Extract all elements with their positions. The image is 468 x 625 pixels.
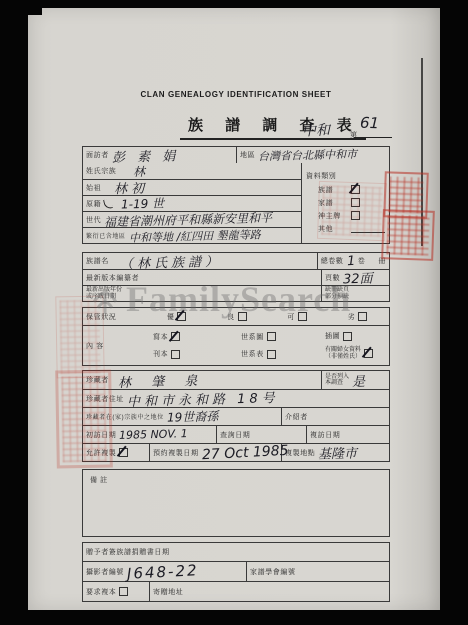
contents-label-cell: 內 容 <box>83 326 145 365</box>
section-notes: 備 註 <box>82 469 390 537</box>
row-copy-request: 要求複本 寄贈地址 <box>83 581 389 601</box>
notes-box: 備 註 <box>83 470 389 536</box>
inquiry-date-cell: 查詢日期 <box>216 426 306 443</box>
copy-permission-label: 允許複製 <box>86 448 116 458</box>
option-clan-genealogy-label: 族譜 <box>318 185 348 195</box>
content-lineage-table: 世系表 <box>241 349 325 359</box>
spread-value: 中和等地 /紅四田 墾龍等路 <box>128 226 260 245</box>
data-category-box: 資料類別 族譜 家譜 神主牌 其他 <box>302 163 389 243</box>
inquiry-date-label: 查詢日期 <box>220 430 250 440</box>
editor-cell: 最新版本編纂者 <box>83 270 321 285</box>
illustrations-checkbox <box>343 332 352 341</box>
area-value: 台灣省台北縣中和市 <box>258 146 357 165</box>
section-book-info: 族譜名 （林氏族譜） 總卷數 1 卷 冊 最新版本編纂者 頁數 32面 <box>82 252 390 302</box>
contents-col3: 插圖 有關婦女資料 （非僅姓氏） <box>325 328 389 363</box>
holder-address-label: 珍藏者住址 <box>86 394 124 404</box>
family-genealogy-checkbox <box>351 198 360 207</box>
volumes-unit2: 冊 <box>378 256 386 266</box>
women-data-checkbox <box>364 349 373 358</box>
notes-cell: 備 註 <box>87 473 111 485</box>
content-illustrations: 插圖 <box>325 331 389 341</box>
mailing-address-label: 寄贈地址 <box>153 587 183 597</box>
listed-label: 是否列入 本調查 <box>325 374 349 387</box>
interviewer-label: 面訪者 <box>86 150 109 160</box>
document-page: CLAN GENEALOGY IDENTIFICATION SHEET 族 譜 … <box>28 8 440 610</box>
pubyear-label: 最新出版年份 或序跋日期 <box>86 287 122 300</box>
ancestral-tablet-checkbox <box>351 211 360 220</box>
option-ancestral-tablet: 神主牌 <box>306 209 385 222</box>
scan-viewport: CLAN GENEALOGY IDENTIFICATION SHEET 族 譜 … <box>0 0 468 625</box>
women-data-label: 有關婦女資料 （非僅姓氏） <box>325 347 361 360</box>
origin-label: 原籍 <box>86 199 101 209</box>
area-cell: 地區 台灣省台北縣中和市 <box>236 147 389 163</box>
volumes-cell: 總卷數 1 卷 冊 <box>317 253 389 269</box>
page-edge-shadow <box>421 58 423 246</box>
spread-label: 繁衍已含地區 <box>86 231 126 240</box>
holder-label: 珍藏者 <box>86 375 109 385</box>
volumes-label: 總卷數 <box>321 256 344 266</box>
region-handwritten: 中和 <box>302 120 331 141</box>
condition-good-checkbox <box>238 312 247 321</box>
basic-info-split: 姓氏宗族 林 始祖 林 初 原籍 1- <box>83 163 389 243</box>
copy-request-cell: 要求複本 <box>83 582 149 601</box>
holder-position-cell: 珍藏者在(家)宗族中之地位 19世裔孫 <box>83 408 281 425</box>
condition-fair-checkbox <box>298 312 307 321</box>
contents-col2: 世系圖 世系表 <box>241 328 325 363</box>
book-name-label: 族譜名 <box>86 256 109 266</box>
introducer-cell: 介紹者 <box>281 408 389 425</box>
introducer-label: 介紹者 <box>285 412 308 422</box>
first-visit-label: 初訪日期 <box>86 430 116 440</box>
holder-value: 林 肇 泉 <box>118 369 206 390</box>
option-family-genealogy: 家譜 <box>306 196 385 209</box>
option-ancestral-tablet-label: 神主牌 <box>318 211 348 221</box>
manuscript-checkbox <box>171 332 180 341</box>
donor-date-cell: 贈予者簽族譜捐贈書日期 <box>83 543 389 561</box>
copy-place-cell: 複製地點 基隆市 <box>281 444 389 461</box>
contents-options: 寫本 刊本 世系圖 世系表 <box>145 326 389 365</box>
option-other: 其他 <box>306 222 385 235</box>
origin-value: 1-19 世 <box>121 194 164 212</box>
copy-date-value: 27 Oct 1985 <box>201 442 288 463</box>
correction-arrow <box>103 198 113 209</box>
copy-request-label: 要求複本 <box>86 587 116 597</box>
option-clan-genealogy: 族譜 <box>306 183 385 196</box>
holder-address-value: 中和市永和路 18号 <box>127 387 279 410</box>
interviewer-value: 彭 素 娟 <box>112 145 180 166</box>
option-other-label: 其他 <box>318 224 348 234</box>
first-visit-value: 1985 NOV. 1 <box>119 427 188 442</box>
option-family-genealogy-label: 家譜 <box>318 198 348 208</box>
pubyear-cell: 最新出版年份 或序跋日期 <box>83 286 321 301</box>
copy-permission-cell: 允許複製 <box>83 444 149 461</box>
condition-fair: 可 <box>287 312 307 322</box>
holder-cell: 珍藏者 林 肇 泉 <box>83 371 321 389</box>
row-book-name: 族譜名 （林氏族譜） 總卷數 1 卷 冊 <box>83 253 389 269</box>
row-pubyear-missing: 最新出版年份 或序跋日期 缺冊缺頁 部分損缺 <box>83 285 389 301</box>
lineage-table-checkbox <box>267 350 276 359</box>
number-underline <box>354 137 392 138</box>
missing-cell: 缺冊缺頁 部分損缺 <box>321 286 389 301</box>
revisit-date-cell: 複訪日期 <box>306 426 389 443</box>
condition-poor: 劣 <box>348 312 368 322</box>
first-visit-cell: 初訪日期 1985 NOV. 1 <box>83 426 216 443</box>
photographer-number-value: J648-22 <box>127 561 199 583</box>
condition-good: 良 <box>227 312 247 322</box>
document-title-chinese: 族 譜 調 查 表 <box>180 114 366 140</box>
printed-checkbox <box>171 350 180 359</box>
listed-cell: 是否列入 本調查 是 <box>321 371 389 389</box>
basic-info-left-column: 姓氏宗族 林 始祖 林 初 原籍 1- <box>83 163 302 243</box>
surname-label: 姓氏宗族 <box>86 166 116 176</box>
condition-excellent-checkbox <box>177 312 186 321</box>
editor-label: 最新版本編纂者 <box>86 273 139 283</box>
area-label: 地區 <box>240 150 255 160</box>
lineage-chart-checkbox <box>267 332 276 341</box>
number-label: 第 <box>350 130 358 140</box>
founder-label: 始祖 <box>86 183 101 193</box>
copy-date-cell: 預約複製日期 27 Oct 1985 <box>149 444 281 461</box>
row-contents: 內 容 寫本 刊本 世 <box>83 325 389 365</box>
interviewer-cell: 面訪者 彭 素 娟 <box>83 147 236 163</box>
pages-value: 32面 <box>343 268 373 288</box>
clan-genealogy-checkbox <box>351 185 360 194</box>
row-holder-address: 珍藏者住址 中和市永和路 18号 <box>83 389 389 407</box>
holder-address-cell: 珍藏者住址 中和市永和路 18号 <box>83 390 389 407</box>
listed-value: 是 <box>352 370 366 389</box>
row-photographer-number: 攝影者編號 J648-22 家譜學會編號 <box>83 561 389 581</box>
revisit-date-label: 複訪日期 <box>310 430 340 440</box>
copy-permission-checkbox <box>119 448 128 457</box>
scan-corner-artifact <box>0 0 42 15</box>
row-donor-date: 贈予者簽族譜捐贈書日期 <box>83 543 389 561</box>
contents-col1: 寫本 刊本 <box>145 328 241 363</box>
section-admin: 贈予者簽族譜捐贈書日期 攝影者編號 J648-22 家譜學會編號 要求複本 寄 <box>82 542 390 602</box>
content-printed: 刊本 <box>153 349 241 359</box>
row-generations: 世代 福建省潮州府平和縣新安里和平 <box>83 211 301 227</box>
book-name-cell: 族譜名 （林氏族譜） <box>83 253 317 269</box>
pages-label: 頁數 <box>325 273 340 283</box>
copy-place-label: 複製地點 <box>285 448 315 458</box>
copy-date-label: 預約複製日期 <box>153 448 199 458</box>
mailing-address-cell: 寄贈地址 <box>149 582 389 601</box>
photographer-number-cell: 攝影者編號 J648-22 <box>83 562 246 581</box>
content-lineage-chart: 世系圖 <box>241 332 325 342</box>
society-number-label: 家譜學會編號 <box>250 567 296 577</box>
condition-label: 保管狀況 <box>86 312 116 322</box>
number-handwritten: 61 <box>360 114 380 133</box>
copy-place-value: 基隆市 <box>318 442 357 462</box>
contents-label: 內 容 <box>86 341 104 351</box>
other-fill-line <box>351 224 385 233</box>
missing-label: 缺冊缺頁 部分損缺 <box>325 287 349 300</box>
holder-position-value: 19世裔孫 <box>167 407 219 425</box>
volumes-unit: 卷 <box>358 256 366 266</box>
notes-label: 備 註 <box>90 475 108 485</box>
content-women-data: 有關婦女資料 （非僅姓氏） <box>325 347 389 360</box>
document-title-english: CLAN GENEALOGY IDENTIFICATION SHEET <box>82 90 390 99</box>
generations-label: 世代 <box>86 215 101 225</box>
row-condition: 保管狀況 優 良 可 劣 <box>83 308 389 325</box>
row-founder: 始祖 林 初 <box>83 179 301 195</box>
condition-poor-checkbox <box>358 312 367 321</box>
section-basic-info: 面訪者 彭 素 娟 地區 台灣省台北縣中和市 姓氏宗族 林 <box>82 146 390 244</box>
copy-request-checkbox <box>119 587 128 596</box>
condition-label-cell: 保管狀況 <box>83 308 145 325</box>
section-condition-contents: 保管狀況 優 良 可 劣 <box>82 307 390 366</box>
section-holder-info: 珍藏者 林 肇 泉 是否列入 本調查 是 珍藏者住址 中和市永和路 18号 <box>82 370 390 462</box>
condition-excellent: 優 <box>167 312 187 322</box>
donor-date-label: 贈予者簽族譜捐贈書日期 <box>86 547 170 557</box>
content-manuscript: 寫本 <box>153 332 241 342</box>
photographer-number-label: 攝影者編號 <box>86 567 124 577</box>
row-visit-dates: 初訪日期 1985 NOV. 1 查詢日期 複訪日期 <box>83 425 389 443</box>
row-copy-permission: 允許複製 預約複製日期 27 Oct 1985 複製地點 基隆市 <box>83 443 389 461</box>
data-category-title: 資料類別 <box>306 173 336 180</box>
volumes-value: 1 <box>346 253 355 268</box>
book-name-value: （林氏族譜） <box>120 250 222 272</box>
holder-position-label: 珍藏者在(家)宗族中之地位 <box>86 412 164 421</box>
pages-cell: 頁數 32面 <box>321 270 389 285</box>
row-interviewer-area: 面訪者 彭 素 娟 地區 台灣省台北縣中和市 <box>83 147 389 163</box>
row-holder: 珍藏者 林 肇 泉 是否列入 本調查 是 <box>83 371 389 389</box>
society-number-cell: 家譜學會編號 <box>246 562 389 581</box>
condition-options-cell: 優 良 可 劣 <box>145 308 389 325</box>
